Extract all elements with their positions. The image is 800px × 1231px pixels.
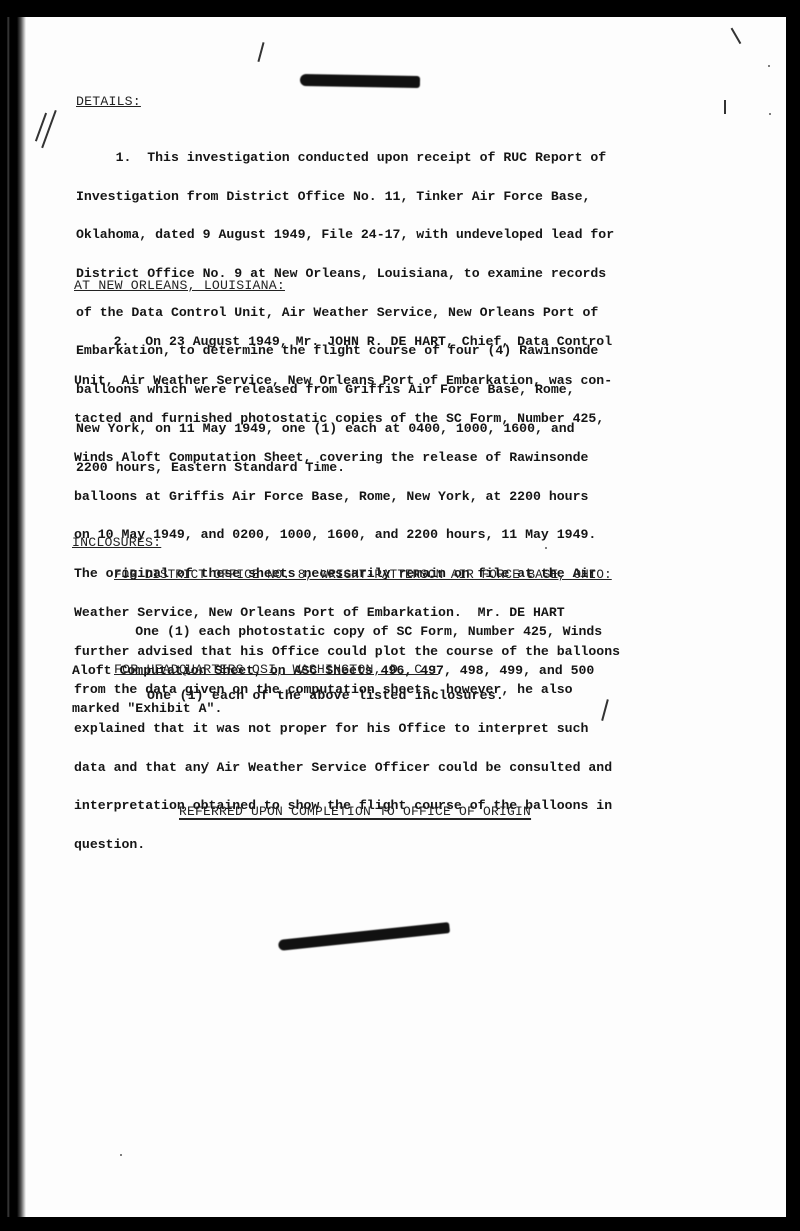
paragraph-1-line: Oklahoma, dated 9 August 1949, File 24-1… (76, 229, 614, 242)
margin-mark (257, 42, 264, 62)
paragraph-2-line: tacted and furnished photostatic copies … (74, 413, 620, 426)
redaction-bar-top (300, 74, 420, 88)
scan-speck (769, 113, 771, 115)
section-heading-inclosures: INCLOSURES: (72, 536, 161, 549)
referral-statement: REFERRED UPON COMPLETION TO OFFICE OF OR… (179, 805, 531, 818)
section-heading-location: AT NEW ORLEANS, LOUISIANA: (74, 279, 285, 292)
section-heading-details: DETAILS: (76, 95, 141, 108)
scan-speck (207, 762, 209, 764)
margin-mark (724, 100, 726, 114)
inclosure-1-line: One (1) each photostatic copy of SC Form… (72, 626, 602, 639)
scan-speck (545, 547, 547, 549)
paragraph-2-line: 2. On 23 August 1949, Mr. JOHN R. DE HAR… (74, 336, 620, 349)
document-body: DETAILS: 1. This investigation conducted… (0, 17, 786, 1217)
scan-speck (120, 1154, 122, 1156)
paragraph-2-line: question. (74, 839, 620, 852)
paragraph-2-line: Winds Aloft Computation Sheet, covering … (74, 452, 620, 465)
paragraph-1-line: Investigation from District Office No. 1… (76, 191, 614, 204)
scan-speck (233, 765, 235, 767)
paragraph-1-line: 1. This investigation conducted upon rec… (76, 152, 614, 165)
paragraph-2-line: data and that any Air Weather Service Of… (74, 762, 620, 775)
paragraph-2-line: balloons at Griffis Air Force Base, Rome… (74, 491, 620, 504)
paragraph-2-line: Unit, Air Weather Service, New Orleans P… (74, 375, 620, 388)
paragraph-2: 2. On 23 August 1949, Mr. JOHN R. DE HAR… (74, 310, 620, 878)
inclosure-2-heading: FOR HEADQUARTERS OSI, WASHINGTON, D. C.: (114, 663, 439, 676)
scan-speck (768, 65, 770, 67)
margin-mark (731, 28, 741, 44)
inclosure-1-heading: FOR DISTRICT OFFICE NO. 8, WRIGHT-PATTER… (114, 569, 612, 582)
inclosure-2-text: One (1) each of the above listed inclosu… (147, 689, 504, 702)
redaction-bar-bottom (278, 922, 450, 951)
scanned-page: DETAILS: 1. This investigation conducted… (0, 17, 786, 1217)
inclosure-1-line: marked "Exhibit A". (72, 703, 602, 716)
